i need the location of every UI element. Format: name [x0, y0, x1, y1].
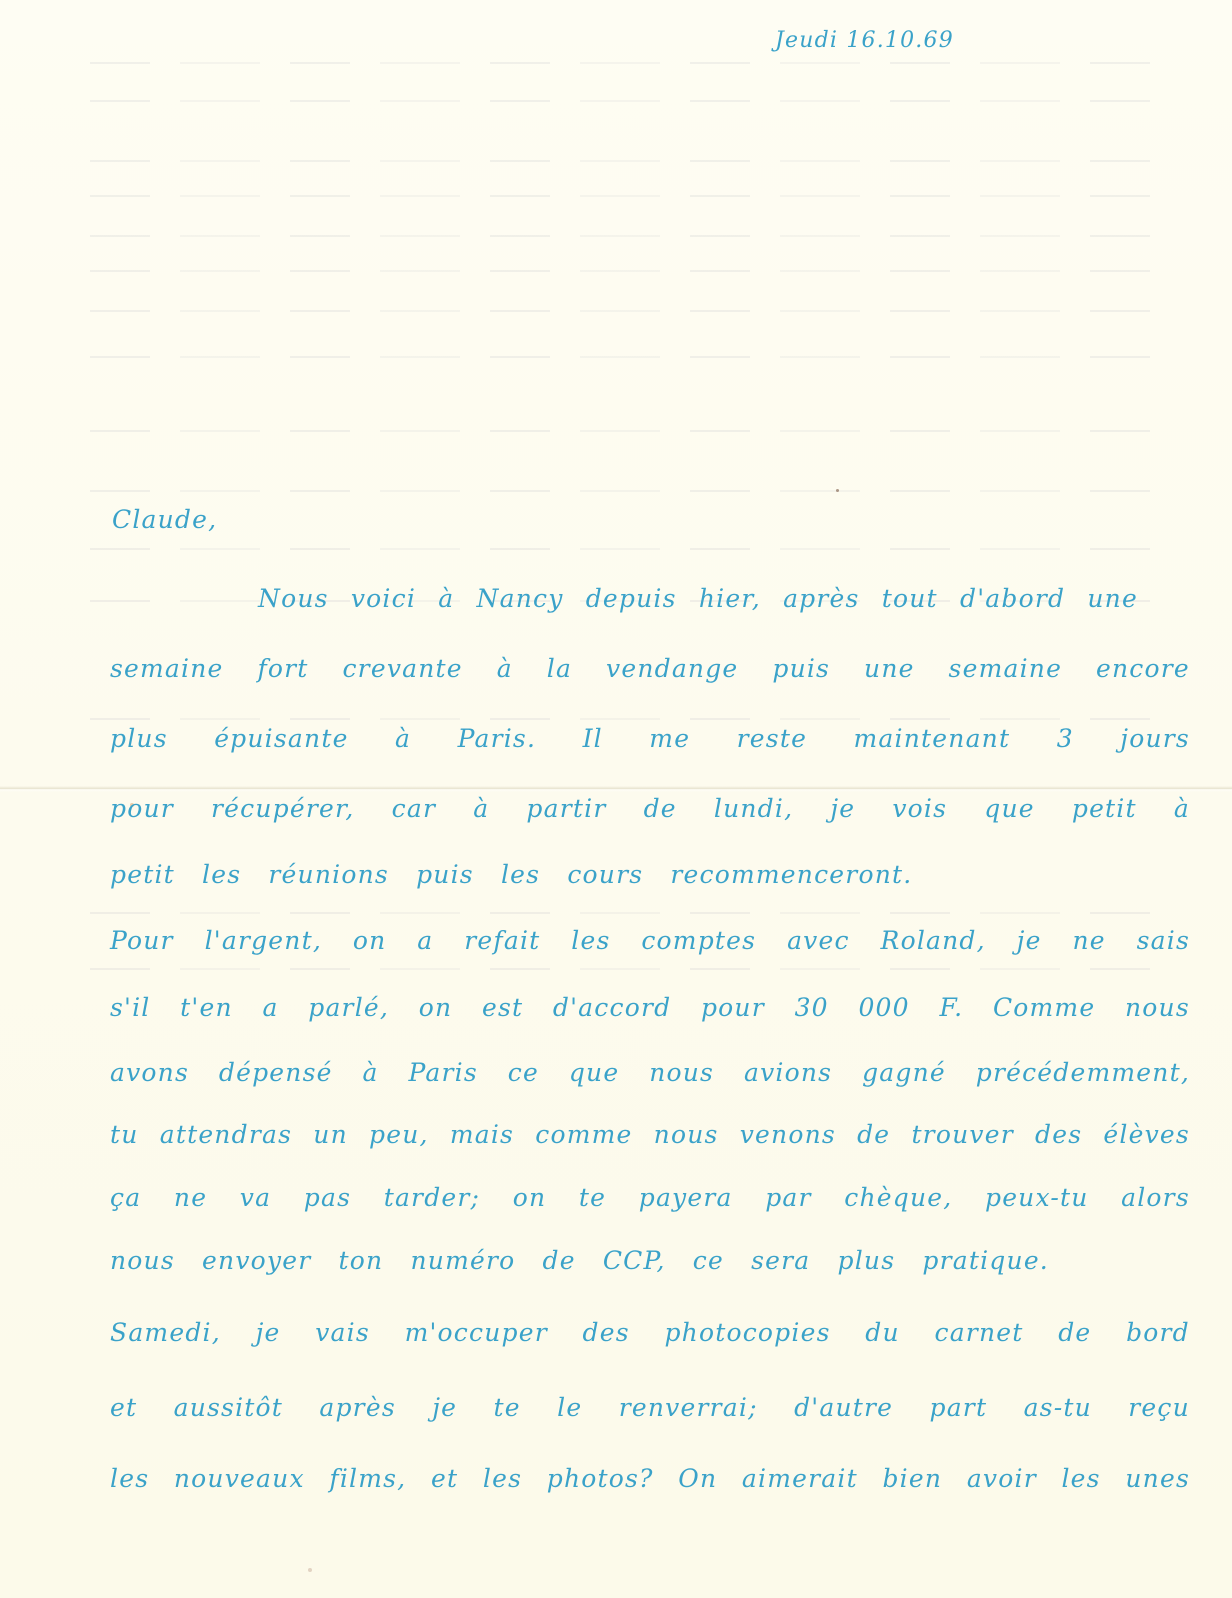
letter-word: sais	[1137, 928, 1190, 953]
letter-word: gagné	[862, 1060, 946, 1085]
letter-word: on	[513, 1185, 547, 1210]
letter-word: peu,	[369, 1122, 429, 1147]
letter-line: Samedi,jevaism'occuperdesphotocopiesduca…	[110, 1320, 1190, 1345]
letter-word: après	[783, 586, 859, 611]
letter-word: va	[240, 1185, 271, 1210]
letter-word: On	[678, 1466, 717, 1491]
bleed-through-line	[90, 160, 1162, 162]
letter-word: maintenant	[854, 726, 1011, 751]
letter-word: je	[432, 1395, 457, 1420]
letter-word: tarder;	[384, 1185, 480, 1210]
letter-word: chèque,	[844, 1185, 952, 1210]
bleed-through-line	[90, 912, 1162, 914]
letter-word: nous	[654, 1122, 719, 1147]
letter-word: Paris	[408, 1060, 477, 1085]
letter-word: pour	[110, 796, 174, 821]
letter-word: une	[864, 656, 915, 681]
letter-word: bord	[1126, 1320, 1190, 1345]
letter-word: d'abord	[960, 586, 1065, 611]
bleed-through-line	[90, 968, 1162, 970]
letter-word: on	[353, 928, 387, 953]
letter-word: à	[497, 656, 513, 681]
letter-word: à	[363, 1060, 379, 1085]
letter-word: reçu	[1128, 1395, 1190, 1420]
letter-word: jours	[1120, 726, 1190, 751]
letter-word: Pour	[110, 928, 174, 953]
letter-word: attendras	[160, 1122, 292, 1147]
letter-word: Nous	[258, 586, 329, 611]
bleed-through-line	[90, 310, 1162, 312]
letter-word: vendange	[606, 656, 738, 681]
letter-line: plusépuisanteàParis.Ilmerestemaintenant3…	[110, 726, 1190, 751]
letter-word: te	[579, 1185, 606, 1210]
letter-line: lesnouveauxfilms,etlesphotos?Onaimeraitb…	[110, 1466, 1190, 1491]
letter-word: payera	[639, 1185, 733, 1210]
letter-word: que	[569, 1060, 620, 1085]
letter-word: ça	[110, 1185, 141, 1210]
letter-line: çanevapastarder;ontepayeraparchèque,peux…	[110, 1185, 1190, 1210]
letter-word: pas	[304, 1185, 351, 1210]
letter-word: me	[649, 726, 690, 751]
letter-word: Comme	[993, 995, 1095, 1020]
letter-word: des	[583, 1320, 630, 1345]
letter-line: NousvoiciàNancydepuishier,aprèstoutd'abo…	[258, 586, 1138, 611]
letter-word: tu	[110, 1122, 139, 1147]
letter-word: et	[431, 1466, 458, 1491]
letter-word: que	[984, 796, 1035, 821]
letter-word: la	[547, 656, 572, 681]
letter-word: un	[313, 1122, 348, 1147]
letter-word: avons	[110, 1060, 189, 1085]
letter-word: s'il	[110, 995, 151, 1020]
letter-word: pour	[701, 995, 765, 1020]
letter-word: ne	[174, 1185, 207, 1210]
letter-word: peux-tu	[985, 1185, 1089, 1210]
letter-word: F.	[939, 995, 963, 1020]
letter-word: puis	[772, 656, 830, 681]
letter-word: à	[1174, 796, 1190, 821]
letter-word: dépensé	[219, 1060, 333, 1085]
letter-word: m'occuper	[405, 1320, 548, 1345]
letter-word: comptes	[641, 928, 756, 953]
bleed-through-line	[90, 270, 1162, 272]
letter-word: les	[110, 1466, 149, 1491]
letter-word: films,	[329, 1466, 406, 1491]
bleed-through-line	[90, 430, 1162, 432]
letter-line: semainefortcrevanteàlavendangepuisunesem…	[110, 656, 1190, 681]
letter-word: car	[392, 796, 436, 821]
letter-line: petit les réunions puis les cours recomm…	[110, 862, 912, 887]
letter-word: élèves	[1103, 1122, 1190, 1147]
letter-word: semaine	[949, 656, 1063, 681]
letter-word: partir	[526, 796, 606, 821]
paper-speck	[308, 1568, 312, 1572]
letter-word: a	[417, 928, 433, 953]
letter-word: Il	[583, 726, 603, 751]
letter-word: 30	[795, 995, 829, 1020]
letter-word: renverrai;	[619, 1395, 758, 1420]
letter-word: t'en	[180, 995, 233, 1020]
letter-word: avions	[744, 1060, 832, 1085]
letter-word: hier,	[699, 586, 761, 611]
letter-line: avonsdépenséàPariscequenousavionsgagnépr…	[110, 1060, 1190, 1085]
letter-word: depuis	[586, 586, 677, 611]
letter-word: on	[419, 995, 453, 1020]
bleed-through-line	[90, 195, 1162, 197]
letter-word: parlé,	[308, 995, 389, 1020]
bleed-through-line	[90, 62, 1162, 64]
letter-word: Paris.	[458, 726, 537, 751]
letter-line: pourrécupérer,caràpartirdelundi,jevoisqu…	[110, 796, 1190, 821]
letter-word: comme	[535, 1122, 632, 1147]
letter-line: nous envoyer ton numéro de CCP, ce sera …	[110, 1248, 1049, 1273]
bleed-through-line	[90, 548, 1162, 550]
letter-word: nouveaux	[174, 1466, 305, 1491]
letter-word: 000	[858, 995, 909, 1020]
letter-word: à	[473, 796, 489, 821]
letter-word: fort	[257, 656, 308, 681]
bleed-through-line	[90, 490, 1162, 492]
letter-word: vois	[892, 796, 947, 821]
letter-word: aimerait	[742, 1466, 858, 1491]
letter-word: reste	[737, 726, 807, 751]
letter-word: l'argent,	[205, 928, 322, 953]
letter-word: crevante	[342, 656, 462, 681]
letter-word: mais	[450, 1122, 514, 1147]
letter-word: avoir	[967, 1466, 1037, 1491]
letter-word: ce	[508, 1060, 539, 1085]
letter-word: part	[930, 1395, 988, 1420]
letter-word: Nancy	[477, 586, 564, 611]
letter-page: Jeudi 16.10.69 Claude, NousvoiciàNancyde…	[0, 0, 1232, 1598]
letter-word: aussitôt	[174, 1395, 283, 1420]
letter-word: petit	[1072, 796, 1137, 821]
letter-word: à	[438, 586, 454, 611]
letter-word: photocopies	[664, 1320, 830, 1345]
bleed-through-line	[90, 100, 1162, 102]
letter-word: je	[256, 1320, 281, 1345]
letter-word: photos?	[547, 1466, 654, 1491]
letter-word: unes	[1125, 1466, 1190, 1491]
letter-word: tout	[882, 586, 938, 611]
letter-word: d'accord	[553, 995, 671, 1020]
letter-word: avec	[787, 928, 850, 953]
letter-word: je	[1017, 928, 1042, 953]
letter-word: a	[262, 995, 278, 1020]
letter-salutation: Claude,	[112, 507, 217, 532]
letter-word: alors	[1121, 1185, 1190, 1210]
letter-line: tuattendrasunpeu,maiscommenousvenonsdetr…	[110, 1122, 1190, 1147]
letter-word: semaine	[110, 656, 224, 681]
letter-word: as-tu	[1024, 1395, 1092, 1420]
letter-word: ne	[1072, 928, 1105, 953]
letter-word: de	[1058, 1320, 1091, 1345]
letter-word: Roland,	[881, 928, 986, 953]
letter-date: Jeudi 16.10.69	[775, 30, 954, 52]
letter-word: précédemment,	[976, 1060, 1190, 1085]
letter-word: épuisante	[214, 726, 348, 751]
letter-word: de	[644, 796, 677, 821]
paper-speck	[836, 489, 839, 492]
letter-word: nous	[1125, 995, 1190, 1020]
letter-word: après	[319, 1395, 395, 1420]
letter-line: s'ilt'enaparlé,onestd'accordpour30000F.C…	[110, 995, 1190, 1020]
bleed-through-line	[90, 718, 1162, 720]
letter-word: d'autre	[794, 1395, 893, 1420]
letter-word: et	[110, 1395, 137, 1420]
letter-word: venons	[740, 1122, 836, 1147]
letter-line: Pourl'argent,onarefaitlescomptesavecRola…	[110, 928, 1190, 953]
letter-word: Samedi,	[110, 1320, 221, 1345]
letter-word: bien	[882, 1466, 942, 1491]
letter-word: plus	[110, 726, 168, 751]
letter-word: je	[830, 796, 855, 821]
letter-word: est	[482, 995, 523, 1020]
letter-word: carnet	[935, 1320, 1024, 1345]
bleed-through-line	[90, 356, 1162, 358]
letter-word: nous	[649, 1060, 714, 1085]
letter-word: vais	[315, 1320, 370, 1345]
letter-word: trouver	[911, 1122, 1013, 1147]
letter-word: les	[571, 928, 610, 953]
letter-line: etaussitôtaprèsjetelerenverrai;d'autrepa…	[110, 1395, 1190, 1420]
letter-word: te	[494, 1395, 521, 1420]
letter-word: encore	[1096, 656, 1190, 681]
letter-word: une	[1087, 586, 1138, 611]
letter-word: de	[857, 1122, 890, 1147]
letter-word: par	[765, 1185, 811, 1210]
letter-word: 3	[1057, 726, 1074, 751]
letter-word: refait	[464, 928, 540, 953]
letter-word: les	[483, 1466, 522, 1491]
bleed-through-line	[90, 235, 1162, 237]
letter-word: les	[1061, 1466, 1100, 1491]
letter-word: à	[395, 726, 411, 751]
letter-word: du	[865, 1320, 900, 1345]
fold-crease	[0, 786, 1232, 792]
letter-word: voici	[351, 586, 416, 611]
letter-word: lundi,	[714, 796, 793, 821]
letter-word: récupérer,	[211, 796, 355, 821]
letter-word: des	[1035, 1122, 1082, 1147]
letter-word: le	[557, 1395, 582, 1420]
